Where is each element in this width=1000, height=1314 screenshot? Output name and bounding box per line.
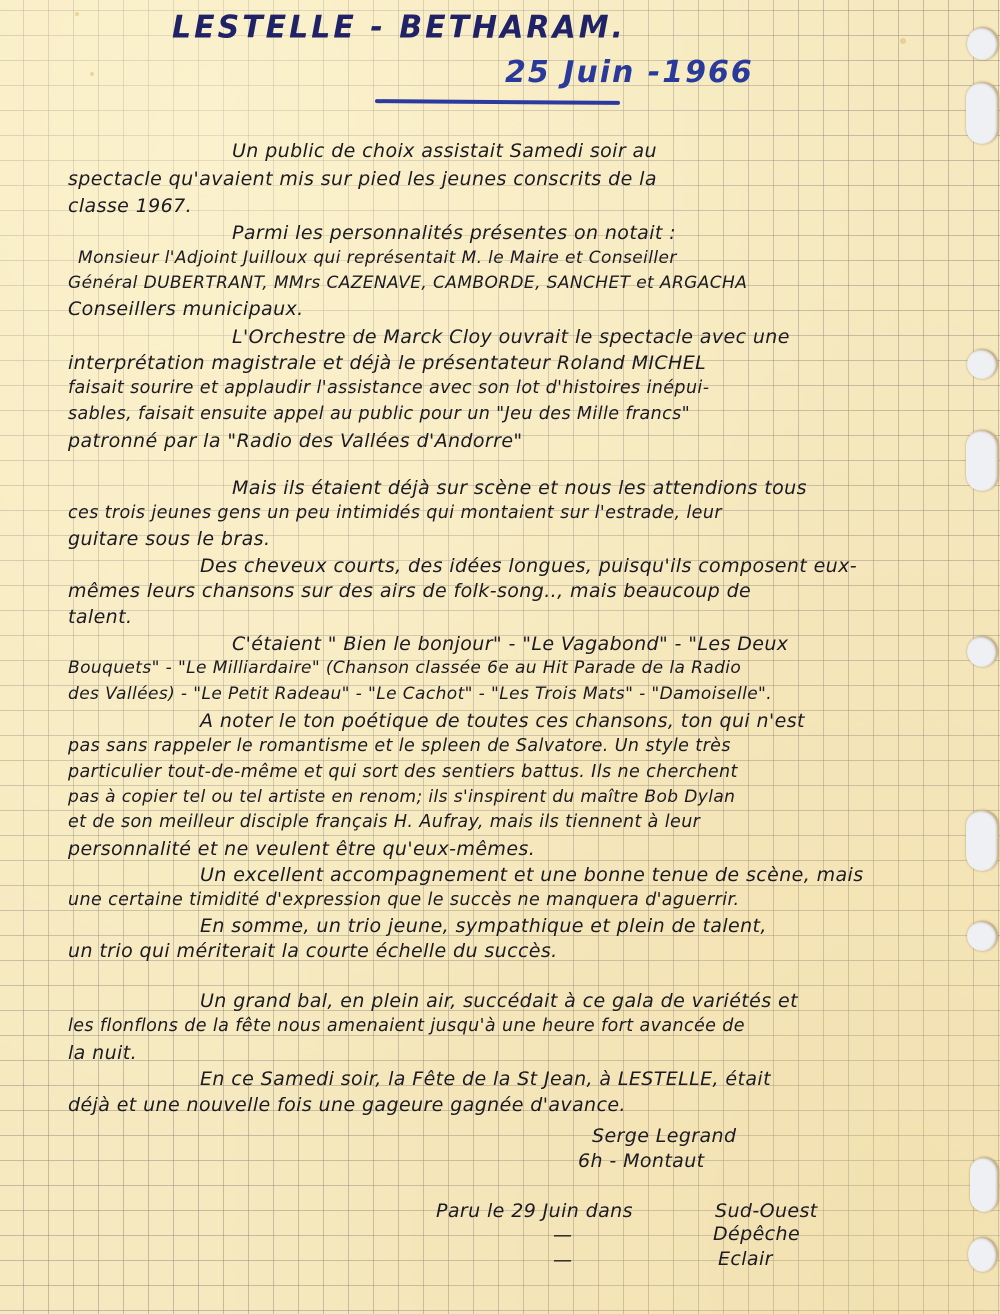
text-line: une certaine timidité d'expression que l… — [68, 890, 740, 910]
text-line: talent. — [68, 606, 132, 628]
punch-hole — [970, 1157, 999, 1212]
text-line: C'étaient " Bien le bonjour" - "Le Vagab… — [232, 633, 788, 655]
ditto-dash: — — [553, 1249, 572, 1271]
text-line: les flonflons de la fête nous amenaient … — [68, 1016, 745, 1036]
paper-stain — [900, 38, 906, 44]
text-line: classe 1967. — [68, 195, 192, 217]
publication-paper: Eclair — [718, 1248, 773, 1270]
signature-name: Serge Legrand — [592, 1125, 736, 1147]
text-line: la nuit. — [68, 1042, 137, 1064]
text-line: Bouquets" - "Le Milliardaire" (Chanson c… — [68, 658, 741, 678]
text-line: En ce Samedi soir, la Fête de la St Jean… — [200, 1068, 771, 1090]
text-line: des Vallées) - "Le Petit Radeau" - "Le C… — [68, 684, 772, 704]
punch-hole — [966, 430, 999, 491]
text-line: pas sans rappeler le romantisme et le sp… — [68, 736, 731, 756]
publication-paper: Dépêche — [713, 1223, 800, 1245]
punch-hole — [967, 27, 999, 60]
signature-place: 6h - Montaut — [578, 1150, 705, 1172]
text-line: mêmes leurs chansons sur des airs de fol… — [68, 580, 751, 602]
text-line: faisait sourire et applaudir l'assistanc… — [68, 378, 709, 398]
text-line: personnalité et ne veulent être qu'eux-m… — [68, 838, 535, 860]
text-line: Conseillers municipaux. — [68, 298, 304, 320]
punch-hole — [967, 349, 998, 379]
ditto-dash: — — [553, 1224, 572, 1246]
text-line: Un grand bal, en plein air, succédait à … — [200, 990, 798, 1012]
paper-stain — [75, 12, 79, 16]
text-line: ces trois jeunes gens un peu intimidés q… — [68, 503, 722, 523]
punch-hole — [966, 82, 999, 144]
date-underline — [375, 99, 620, 105]
text-line: et de son meilleur disciple français H. … — [68, 812, 700, 832]
punch-hole — [967, 636, 998, 667]
text-line: Parmi les personnalités présentes on not… — [232, 222, 676, 244]
punch-hole — [967, 921, 998, 951]
text-line: interprétation magistrale et déjà le pré… — [68, 352, 706, 374]
text-line: pas à copier tel ou tel artiste en renom… — [68, 787, 735, 807]
text-line: A noter le ton poétique de toutes ces ch… — [200, 710, 805, 732]
text-line: sables, faisait ensuite appel au public … — [68, 404, 690, 424]
text-line: spectacle qu'avaient mis sur pied les je… — [68, 168, 657, 190]
text-line: Un public de choix assistait Samedi soir… — [232, 140, 657, 162]
text-line: En somme, un trio jeune, sympathique et … — [200, 915, 767, 937]
text-line: Monsieur l'Adjoint Juilloux qui représen… — [78, 248, 677, 268]
text-line: un trio qui mériterait la courte échelle… — [68, 940, 558, 962]
text-line: patronné par la "Radio des Vallées d'And… — [68, 430, 523, 452]
punch-hole — [966, 810, 999, 871]
text-line: Des cheveux courts, des idées longues, p… — [200, 555, 857, 577]
text-line: Général DUBERTRANT, MMrs CAZENAVE, CAMBO… — [68, 273, 747, 293]
publication-paper: Sud-Ouest — [715, 1200, 818, 1222]
text-line: Un excellent accompagnement et une bonne… — [200, 864, 864, 886]
text-line: L'Orchestre de Marck Cloy ouvrait le spe… — [232, 326, 790, 348]
document-date: 25 Juin -1966 — [505, 55, 754, 90]
text-line: déjà et une nouvelle fois une gageure ga… — [68, 1094, 626, 1116]
document-title: LESTELLE - BETHARAM. — [172, 9, 626, 46]
text-line: particulier tout-de-même et qui sort des… — [68, 762, 738, 782]
text-line: guitare sous le bras. — [68, 528, 270, 550]
punch-hole — [968, 1237, 998, 1272]
publication-line: Paru le 29 Juin dans — [436, 1200, 633, 1222]
text-line: Mais ils étaient déjà sur scène et nous … — [232, 477, 807, 499]
paper-stain — [90, 72, 94, 76]
